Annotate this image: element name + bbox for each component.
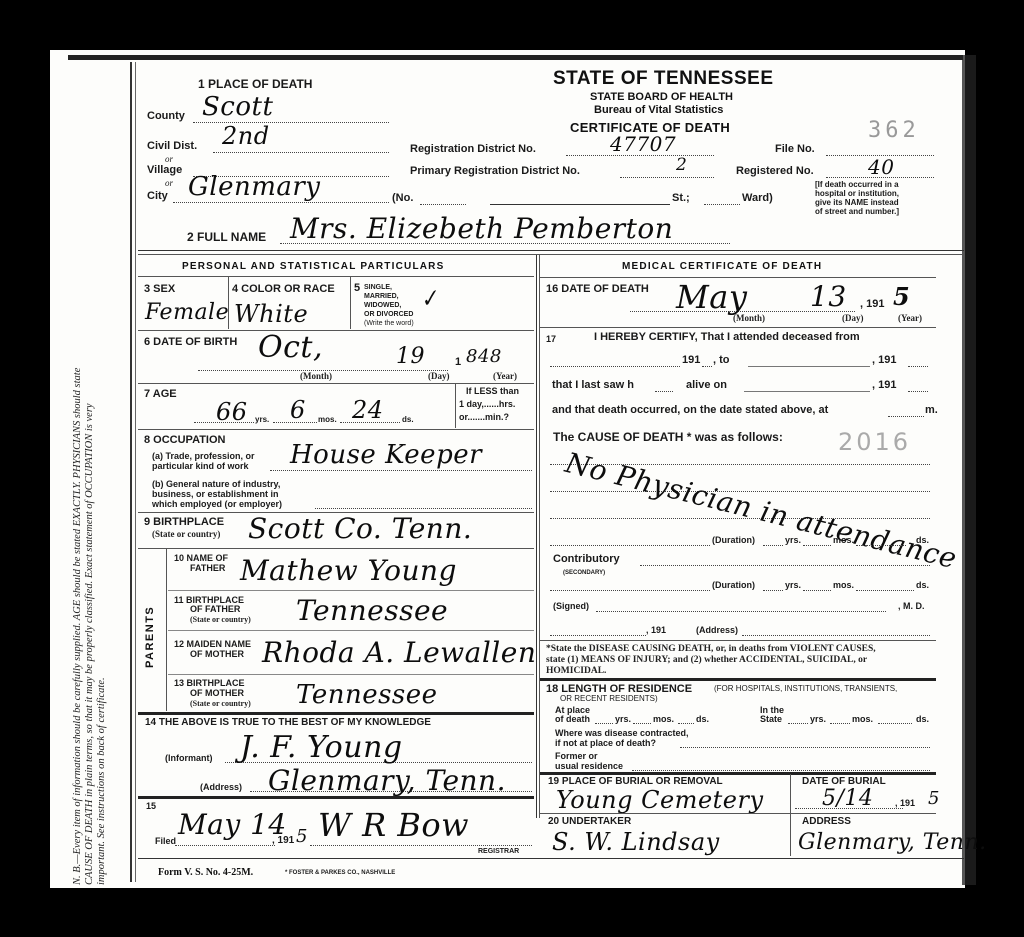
certify-to: , to bbox=[713, 354, 730, 366]
father-birthplace-label-2: OF FATHER bbox=[190, 605, 240, 614]
age-years-unit: yrs. bbox=[255, 415, 269, 424]
registered-no-label: Registered No. bbox=[736, 165, 814, 177]
state-title: STATE OF TENNESSEE bbox=[553, 68, 774, 90]
month-caption: (Month) bbox=[300, 371, 332, 381]
less-minutes-label: or.......min.? bbox=[459, 413, 509, 422]
full-name-label: 2 FULL NAME bbox=[187, 230, 266, 244]
dob-label: 6 DATE OF BIRTH bbox=[144, 336, 237, 348]
marital-label-number: 5 bbox=[354, 282, 360, 294]
death-month-caption: (Month) bbox=[733, 313, 765, 323]
primary-district-value[interactable]: 2 bbox=[676, 155, 687, 175]
pencil-annotation: 2016 bbox=[838, 428, 911, 456]
registrar-label: REGISTRAR bbox=[478, 848, 519, 856]
burial-date-value[interactable]: 5/14 bbox=[822, 786, 873, 811]
occupation-label: 8 OCCUPATION bbox=[144, 434, 226, 446]
stamp-number: 362 bbox=[868, 118, 920, 143]
street-label: St.; bbox=[672, 192, 690, 204]
personal-section-heading: PERSONAL AND STATISTICAL PARTICULARS bbox=[182, 261, 444, 272]
form-number: Form V. S. No. 4-25M. bbox=[158, 867, 253, 878]
city-value[interactable]: Glenmary bbox=[188, 172, 321, 202]
age-days-unit: ds. bbox=[402, 415, 414, 424]
father-name-label-1: 10 NAME OF bbox=[174, 554, 228, 563]
full-name-value[interactable]: Mrs. Elizebeth Pemberton bbox=[290, 212, 673, 245]
marital-option-widowed: WIDOWED, bbox=[364, 302, 401, 310]
footnote-line-3: HOMICIDAL. bbox=[546, 666, 876, 677]
mother-name-label-1: 12 MAIDEN NAME bbox=[174, 640, 251, 649]
md-label: , M. D. bbox=[898, 602, 925, 611]
footnote-line-1: *State the DISEASE CAUSING DEATH, or, in… bbox=[546, 644, 876, 655]
registration-district-value[interactable]: 47707 bbox=[610, 132, 676, 156]
death-day-value[interactable]: 13 bbox=[810, 280, 847, 313]
hospital-note-2: hospital or institution, bbox=[815, 189, 899, 198]
death-month-value[interactable]: May bbox=[676, 278, 747, 316]
contributory-label: Contributory bbox=[553, 553, 620, 565]
physician-address-label: (Address) bbox=[696, 626, 738, 635]
certify-am-pm: m. bbox=[925, 404, 938, 416]
burial-year-value[interactable]: 5 bbox=[928, 788, 940, 809]
mother-birthplace-caption: (State or country) bbox=[190, 699, 251, 708]
burial-place-label: 19 PLACE OF BURIAL OR REMOVAL bbox=[548, 777, 723, 786]
race-value[interactable]: White bbox=[234, 300, 308, 328]
ward-label: Ward) bbox=[742, 192, 773, 204]
certify-line-1: I HEREBY CERTIFY, That I attended deceas… bbox=[594, 331, 860, 343]
day-caption: (Day) bbox=[428, 371, 450, 381]
dob-year-prefix: 1 bbox=[455, 356, 461, 368]
certify-death-occurred: and that death occurred, on the date sta… bbox=[552, 404, 828, 416]
duration-label-1: (Duration) bbox=[712, 536, 755, 545]
informant-label: (Informant) bbox=[165, 754, 213, 763]
informant-address-label: (Address) bbox=[200, 783, 242, 792]
signed-date-191: , 191 bbox=[646, 626, 666, 635]
at-place-mos: mos. bbox=[653, 715, 674, 724]
county-label: County bbox=[147, 110, 185, 122]
margin-rule bbox=[130, 62, 132, 882]
duration-ds-1: ds. bbox=[916, 536, 929, 545]
filed-year-value[interactable]: 5 bbox=[296, 826, 308, 847]
death-year-value[interactable]: 5 bbox=[893, 282, 910, 311]
certify-191-a: 191 bbox=[682, 354, 700, 366]
filed-date-value[interactable]: May 14 bbox=[178, 808, 287, 841]
sex-label: 3 SEX bbox=[144, 283, 175, 295]
duration-yrs-1: yrs. bbox=[785, 536, 801, 545]
registration-district-label: Registration District No. bbox=[410, 143, 536, 155]
former-residence-label-2: usual residence bbox=[555, 762, 623, 771]
duration-yrs-2: yrs. bbox=[785, 581, 801, 590]
duration-ds-2: ds. bbox=[916, 581, 929, 590]
paper-edge-shadow bbox=[962, 55, 976, 885]
county-value[interactable]: Scott bbox=[202, 92, 273, 122]
less-hours-label: 1 day,......hrs. bbox=[459, 400, 515, 409]
age-years-value[interactable]: 66 bbox=[216, 398, 248, 426]
mother-birthplace-value[interactable]: Tennessee bbox=[296, 680, 438, 710]
father-birthplace-value[interactable]: Tennessee bbox=[296, 594, 448, 627]
mother-name-label-2: OF MOTHER bbox=[190, 650, 244, 659]
death-day-caption: (Day) bbox=[842, 313, 864, 323]
occupation-b-line2: business, or establishment in bbox=[152, 490, 279, 499]
certify-number: 17 bbox=[546, 335, 556, 344]
file-no-label: File No. bbox=[775, 143, 815, 155]
secondary-label: (SECONDARY) bbox=[563, 569, 605, 577]
city-label: City bbox=[147, 190, 168, 202]
occupation-b-line3: which employed (or employer) bbox=[152, 500, 282, 509]
street-no-label: (No. bbox=[392, 192, 413, 204]
village-label: Village bbox=[147, 164, 182, 176]
in-state-yrs: yrs. bbox=[810, 715, 826, 724]
instructions-side-note: N. B.—Every item of information should b… bbox=[72, 85, 108, 885]
primary-district-label: Primary Registration District No. bbox=[410, 165, 580, 177]
parents-vertical-label: PARENTS bbox=[144, 606, 156, 668]
side-note-line-1: N. B.—Every item of information should b… bbox=[72, 85, 84, 885]
mother-birthplace-label-1: 13 BIRTHPLACE bbox=[174, 679, 245, 688]
footnote-line-2: state (1) MEANS OF INJURY; and (2) wheth… bbox=[546, 655, 876, 666]
occupation-a-line1: (a) Trade, profession, or bbox=[152, 452, 255, 461]
dob-month-value[interactable]: Oct, bbox=[258, 330, 323, 365]
age-months-unit: mos. bbox=[318, 415, 337, 424]
signed-label: (Signed) bbox=[553, 602, 589, 611]
certify-191-b: , 191 bbox=[872, 354, 896, 366]
side-note-line-2: CAUSE OF DEATH in plain terms, so that i… bbox=[84, 85, 96, 885]
date-of-death-label: 16 DATE OF DEATH bbox=[546, 283, 649, 295]
hospital-note-1: [If death occurred in a bbox=[815, 180, 899, 189]
board-title: STATE BOARD OF HEALTH bbox=[590, 91, 733, 103]
former-residence-label-1: Former or bbox=[555, 752, 598, 761]
undertaker-address-label: ADDRESS bbox=[802, 817, 851, 826]
filed-year-prefix: , 191 bbox=[272, 836, 294, 845]
duration-mos-2: mos. bbox=[833, 581, 854, 590]
residence-note-2: OR RECENT RESIDENTS) bbox=[560, 695, 658, 703]
place-of-death-heading: 1 PLACE OF DEATH bbox=[198, 77, 312, 91]
in-state-label-2: State bbox=[760, 715, 782, 724]
hospital-note-4: of street and number.] bbox=[815, 207, 899, 216]
birthplace-value[interactable]: Scott Co. Tenn. bbox=[248, 512, 472, 545]
marital-option-married: MARRIED, bbox=[364, 293, 399, 301]
registrar-signature[interactable]: W R Bow bbox=[318, 806, 469, 844]
informant-section-heading: 14 THE ABOVE IS TRUE TO THE BEST OF MY K… bbox=[145, 718, 431, 727]
death-year-caption: (Year) bbox=[898, 313, 922, 323]
undertaker-address-value[interactable]: Glenmary, Tenn. bbox=[798, 830, 987, 855]
printer-credit: * FOSTER & PARKES CO., NASHVILLE bbox=[285, 869, 395, 877]
father-name-label-2: FATHER bbox=[190, 564, 225, 573]
at-place-ds: ds. bbox=[696, 715, 709, 724]
filed-label: Filed bbox=[155, 837, 176, 846]
contracted-label-2: if not at place of death? bbox=[555, 739, 656, 748]
contracted-label-1: Where was disease contracted, bbox=[555, 729, 689, 738]
death-year-prefix: , 191 bbox=[860, 298, 884, 310]
occupation-a-line2: particular kind of work bbox=[152, 462, 249, 471]
undertaker-value[interactable]: S. W. Lindsay bbox=[552, 828, 720, 856]
occupation-b-line1: (b) General nature of industry, bbox=[152, 480, 280, 489]
mother-name-value[interactable]: Rhoda A. Lewallen bbox=[262, 636, 536, 669]
at-place-label-2: of death bbox=[555, 715, 590, 724]
side-note-line-3: important. See instructions on back of c… bbox=[96, 85, 108, 885]
birthplace-caption: (State or country) bbox=[152, 529, 220, 539]
duration-mos-1: mos. bbox=[833, 536, 854, 545]
marital-option-single: SINGLE, bbox=[364, 284, 392, 292]
marital-option-divorced: OR DIVORCED bbox=[364, 311, 413, 319]
burial-year-prefix: , 191 bbox=[895, 799, 915, 808]
civil-dist-label: Civil Dist. bbox=[147, 140, 197, 152]
undertaker-label: 20 UNDERTAKER bbox=[548, 817, 631, 826]
burial-place-value[interactable]: Young Cemetery bbox=[556, 786, 764, 814]
filed-section-number: 15 bbox=[146, 802, 156, 811]
mother-birthplace-label-2: OF MOTHER bbox=[190, 689, 244, 698]
marital-instruction: (Write the word) bbox=[364, 320, 414, 328]
certify-last-saw: that I last saw h bbox=[552, 379, 634, 391]
top-border-rule bbox=[68, 55, 963, 60]
medical-section-heading: MEDICAL CERTIFICATE OF DEATH bbox=[622, 261, 822, 272]
dob-year-value[interactable]: 848 bbox=[466, 346, 502, 367]
hospital-note-3: give its NAME instead bbox=[815, 198, 899, 207]
informant-address-value[interactable]: Glenmary, Tenn. bbox=[268, 764, 506, 797]
occupation-trade-value[interactable]: House Keeper bbox=[290, 440, 482, 470]
certify-alive-on: alive on bbox=[686, 379, 727, 391]
registered-no-value[interactable]: 40 bbox=[868, 155, 894, 179]
sex-value[interactable]: Female bbox=[145, 300, 229, 325]
age-days-value[interactable]: 24 bbox=[352, 396, 384, 424]
less-than-label: If LESS than bbox=[466, 387, 519, 396]
father-name-value[interactable]: Mathew Young bbox=[240, 554, 457, 587]
in-state-mos: mos. bbox=[852, 715, 873, 724]
age-label: 7 AGE bbox=[144, 388, 177, 400]
certify-191-c: , 191 bbox=[872, 379, 896, 391]
father-birthplace-caption: (State or country) bbox=[190, 615, 251, 624]
informant-value[interactable]: J. F. Young bbox=[240, 730, 403, 765]
at-place-yrs: yrs. bbox=[615, 715, 631, 724]
residence-note-1: (FOR HOSPITALS, INSTITUTIONS, TRANSIENTS… bbox=[714, 685, 897, 693]
year-caption: (Year) bbox=[493, 371, 517, 381]
margin-rule-inner bbox=[135, 62, 136, 882]
age-months-value[interactable]: 6 bbox=[290, 396, 306, 424]
bureau-title: Bureau of Vital Statistics bbox=[594, 104, 723, 116]
civil-dist-value[interactable]: 2nd bbox=[222, 122, 270, 150]
burial-date-label: DATE OF BURIAL bbox=[802, 777, 886, 786]
cause-of-death-label: The CAUSE OF DEATH * was as follows: bbox=[553, 430, 783, 444]
birthplace-label: 9 BIRTHPLACE bbox=[144, 516, 224, 528]
race-label: 4 COLOR OR RACE bbox=[232, 283, 335, 295]
in-state-ds: ds. bbox=[916, 715, 929, 724]
or-text-2: or bbox=[165, 178, 173, 188]
duration-label-2: (Duration) bbox=[712, 581, 755, 590]
or-text: or bbox=[165, 154, 173, 164]
dob-day-value[interactable]: 19 bbox=[396, 344, 425, 369]
